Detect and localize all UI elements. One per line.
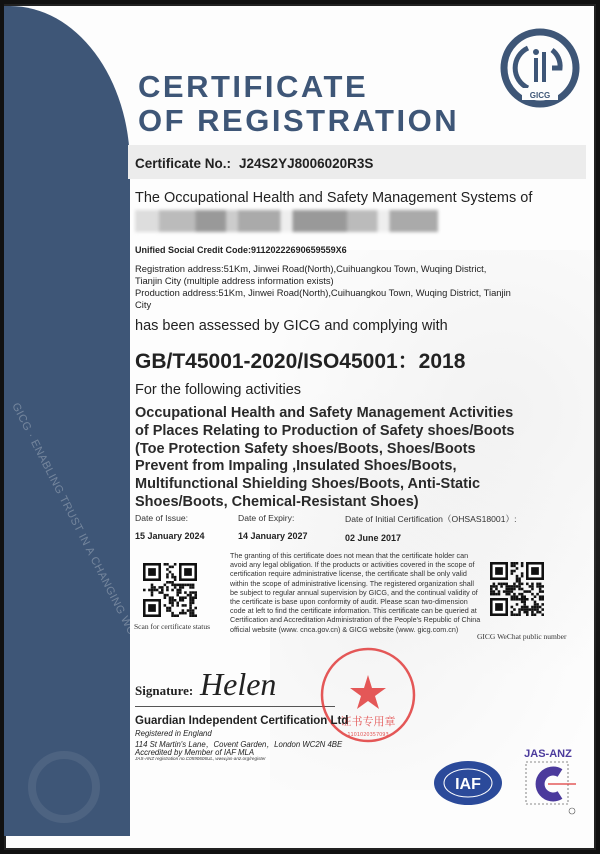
- svg-text:1101020357093: 1101020357093: [347, 732, 388, 738]
- addresses: Registration address:51Km, Jinwei Road(N…: [135, 263, 515, 311]
- intro-text: The Occupational Health and Safety Manag…: [135, 190, 532, 206]
- standard: GB/T45001-2020/ISO45001：2018: [135, 345, 465, 375]
- date-initial: Date of Initial Certification（OHSAS18001…: [345, 513, 516, 543]
- activities-scope: Occupational Health and Safety Managemen…: [135, 405, 515, 512]
- svg-text:GICG: GICG: [530, 91, 550, 100]
- legal-notice: The granting of this certificate does no…: [230, 551, 482, 634]
- activities-label: For the following activities: [135, 382, 301, 398]
- signature-line: [135, 706, 335, 707]
- issue-label: Date of Issue:: [135, 513, 188, 523]
- signature-label: Signature:: [135, 683, 193, 699]
- qr-right-label: GICG WeChat public number: [477, 632, 566, 641]
- sidebar-band: GICG · ENABLING TRUST IN A CHANGING WORL…: [4, 6, 130, 836]
- production-address: Production address:51Km, Jinwei Road(Nor…: [135, 287, 515, 311]
- expiry-label: Date of Expiry:: [238, 513, 294, 523]
- svg-text:IAF: IAF: [455, 776, 481, 793]
- certificate-number-value: J24S2YJ8006020R3S: [239, 156, 373, 171]
- initial-label: Date of Initial Certification（OHSAS18001…: [345, 514, 516, 524]
- credit-code: Unified Social Credit Code:9112022269065…: [135, 245, 347, 255]
- certificate-number-label: Certificate No.:: [135, 156, 231, 171]
- expiry-value: 14 January 2027: [238, 531, 308, 541]
- issuer-name: Guardian Independent Certification Ltd: [135, 715, 348, 727]
- signature: Helen: [200, 666, 276, 703]
- initial-value: 02 June 2017: [345, 533, 516, 543]
- jas-anz-registration: JAS-ANZ registration no.C0590606UL, www.…: [135, 756, 266, 761]
- watermark-logo-icon: [28, 751, 100, 823]
- jas-anz-badge-icon: JAS-ANZ: [520, 745, 580, 825]
- issue-value: 15 January 2024: [135, 531, 205, 541]
- official-seal-icon: 证书专用章 1101020357093: [318, 645, 418, 745]
- sidebar-slogan: GICG · ENABLING TRUST IN A CHANGING WORL…: [9, 401, 148, 659]
- svg-text:证书专用章: 证书专用章: [341, 714, 396, 728]
- title-line-2: OF REGISTRATION: [138, 104, 459, 138]
- gicg-logo-icon: GICG: [500, 28, 580, 108]
- page-title: CERTIFICATE OF REGISTRATION: [138, 70, 459, 138]
- iaf-badge-icon: IAF: [433, 760, 503, 806]
- qr-code-wechat[interactable]: [490, 562, 544, 616]
- svg-text:JAS-ANZ: JAS-ANZ: [524, 748, 572, 760]
- issuer-registered: Registered in England: [135, 729, 212, 738]
- date-issue: Date of Issue: 15 January 2024: [135, 513, 205, 541]
- qr-left-label: Scan for certificate status: [134, 622, 210, 631]
- registration-address: Registration address:51Km, Jinwei Road(N…: [135, 263, 515, 287]
- qr-code-certificate-status[interactable]: [143, 563, 197, 617]
- title-line-1: CERTIFICATE: [138, 70, 459, 104]
- assessed-text: has been assessed by GICG and complying …: [135, 318, 448, 334]
- date-expiry: Date of Expiry: 14 January 2027: [238, 513, 308, 541]
- redacted-company-name: [135, 210, 438, 232]
- certificate-number: Certificate No.:J24S2YJ8006020R3S: [135, 156, 373, 171]
